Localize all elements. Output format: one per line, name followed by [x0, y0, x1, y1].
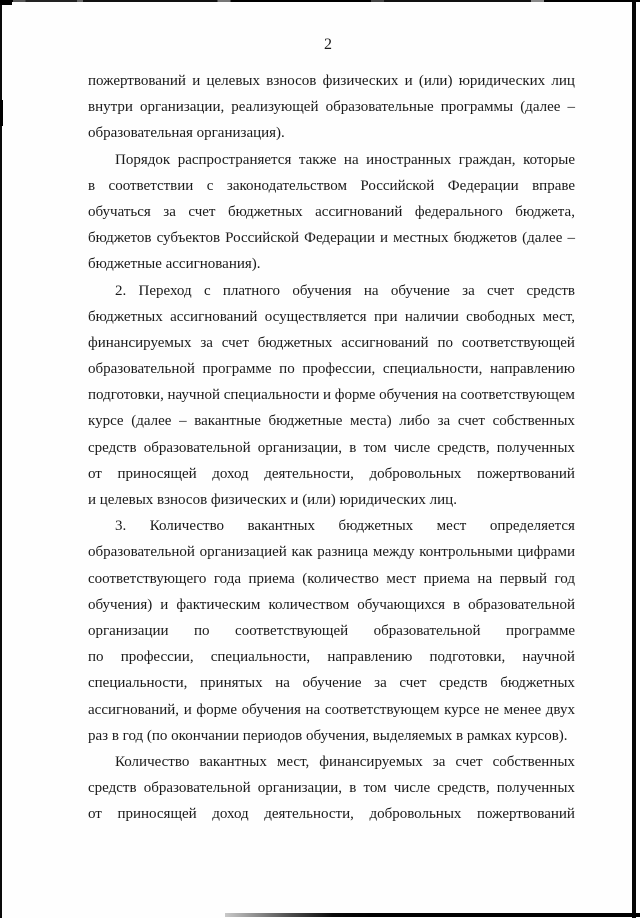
text-line: средствобразовательнойорганизации,втомчи… [88, 435, 575, 461]
text-line: Порядокраспространяетсятакженаиностранны… [88, 147, 575, 173]
text-line: внутриорганизации,реализующейобразовател… [88, 94, 575, 120]
text-line: ассигнований,иформеобучениянасоответству… [88, 697, 575, 723]
text-line: организациипосоответствующейобразователь… [88, 618, 575, 644]
text-line: соответствующегогодаприема(количествомес… [88, 566, 575, 592]
scan-edge-right [632, 0, 636, 918]
text-line: бюджетные ассигнования). [88, 251, 575, 277]
text-line: образовательнойпрограммепопрофессии,спец… [88, 356, 575, 382]
text-line: 2.Переходсплатногообучениянаобучениезасч… [88, 278, 575, 304]
scan-edge-bottom [225, 913, 640, 917]
text-line: отприносящейдоходдеятельности,добровольн… [88, 801, 575, 827]
scan-edge-top [0, 0, 640, 2]
text-line: пожертвованийицелевыхвзносовфизическихи(… [88, 68, 575, 94]
text-line: раз в год (по окончании периодов обучени… [88, 723, 575, 749]
text-line: обучения)ифактическимколичествомобучающи… [88, 592, 575, 618]
scan-edge-left [0, 0, 2, 918]
scan-edge-left-notch [0, 100, 3, 126]
text-body: пожертвованийицелевыхвзносовфизическихи(… [88, 68, 575, 827]
text-line: попрофессии,специальности,направлениюпод… [88, 644, 575, 670]
text-line: Количествовакантныхмест,финансируемыхзас… [88, 749, 575, 775]
page-number: 2 [8, 36, 640, 54]
text-line: обучатьсязасчетбюджетныхассигнованийфеде… [88, 199, 575, 225]
text-line: бюджетовсубъектовРоссийскойФедерацииимес… [88, 225, 575, 251]
text-line: отприносящейдоходдеятельности,добровольн… [88, 461, 575, 487]
text-line: бюджетныхассигнованийосуществляетсяприна… [88, 304, 575, 330]
text-line: образовательная организация). [88, 120, 575, 146]
scanned-document-page: 2 пожертвованийицелевыхвзносовфизических… [0, 0, 640, 918]
text-line: образовательнойорганизациейкакразницамеж… [88, 539, 575, 565]
text-line: курсе(далее–вакантныебюджетныеместа)либо… [88, 408, 575, 434]
text-line: подготовки,научнойспециальностииформеобу… [88, 382, 575, 408]
text-line: финансируемыхзасчетбюджетныхассигнований… [88, 330, 575, 356]
text-line: средствобразовательнойорганизации,втомчи… [88, 775, 575, 801]
text-line: и целевых взносов физических и (или) юри… [88, 487, 575, 513]
scan-edge-corner-mark [0, 0, 12, 5]
text-line: 3.Количествовакантныхбюджетныхместопреде… [88, 513, 575, 539]
text-line: всоответствиисзаконодательствомРоссийско… [88, 173, 575, 199]
text-line: специальности,принятыхнаобучениезасчетср… [88, 670, 575, 696]
